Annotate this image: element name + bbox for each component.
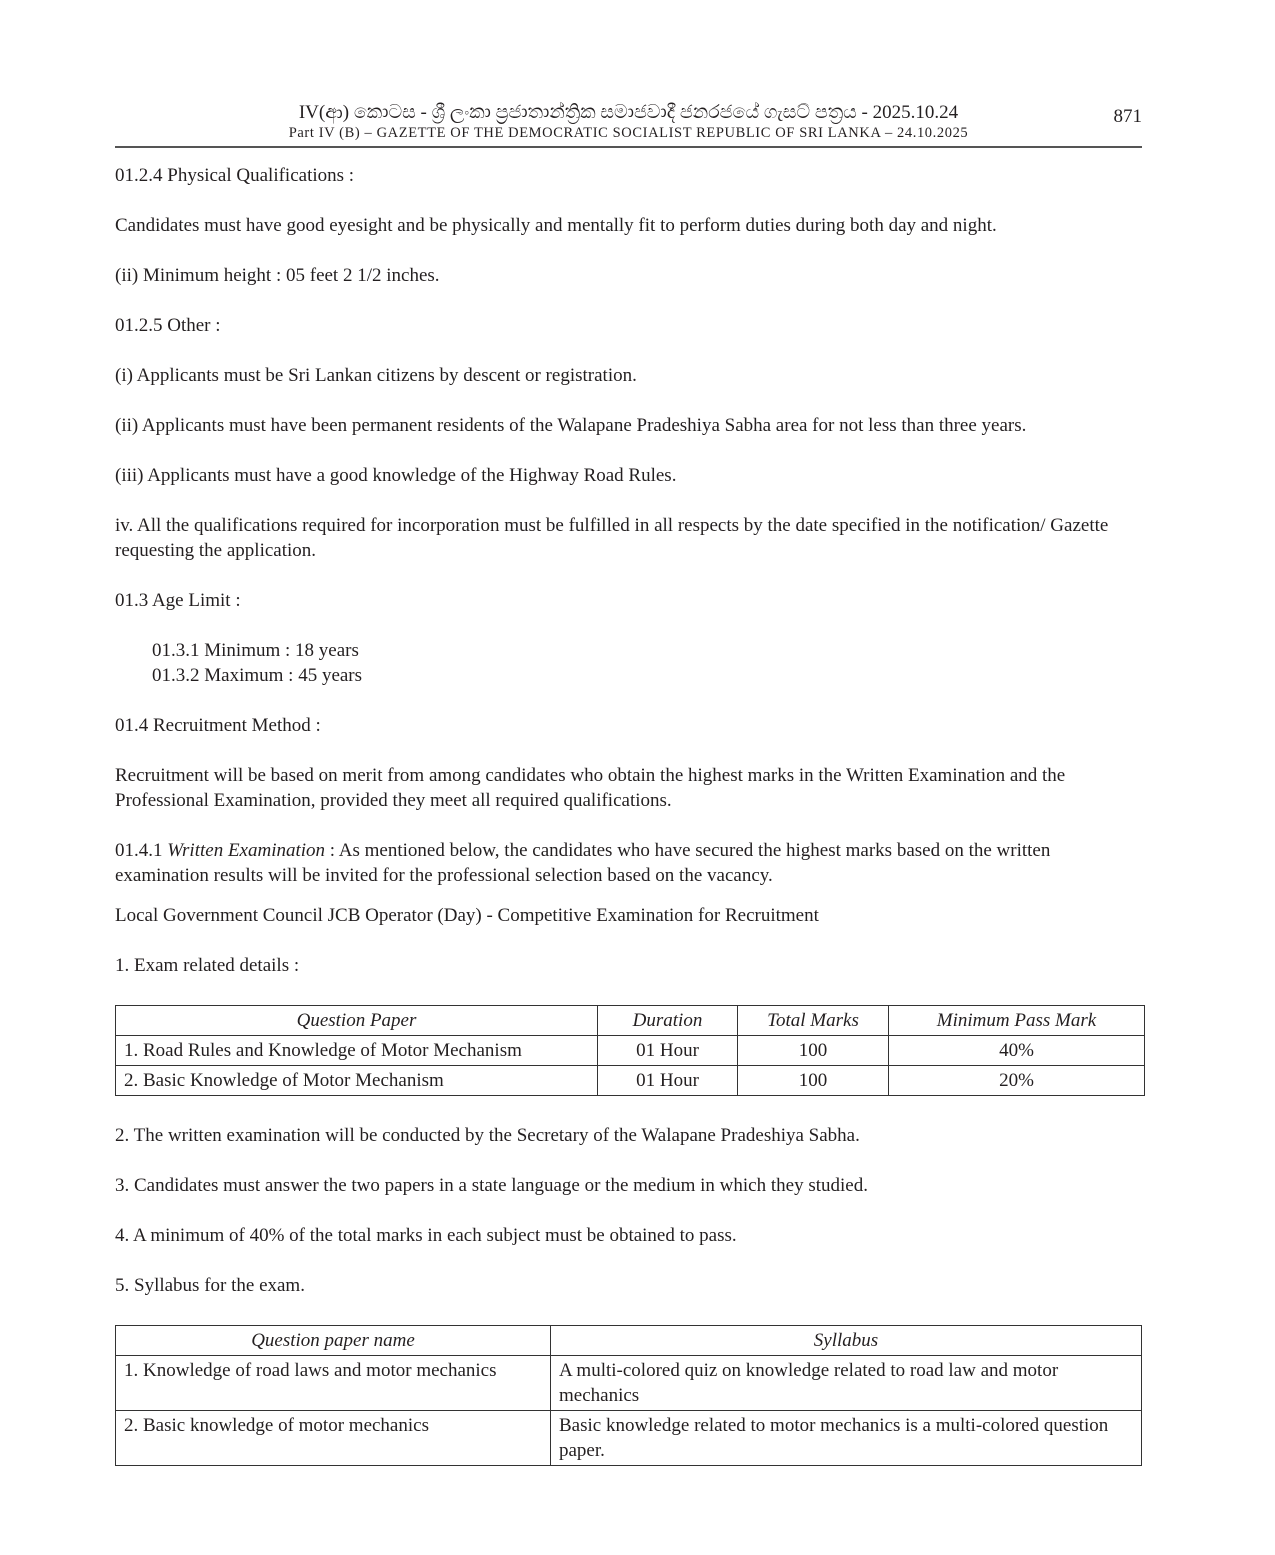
table-cell: 100 xyxy=(738,1036,889,1066)
paragraph-written-exam: 01.4.1 Written Examination : As mentione… xyxy=(115,838,1145,888)
paragraph: (ii) Applicants must have been permanent… xyxy=(115,413,1145,438)
header-cell: Syllabus xyxy=(551,1326,1142,1356)
exam-details-table: Question Paper Duration Total Marks Mini… xyxy=(115,1005,1145,1096)
paragraph: iv. All the qualifications required for … xyxy=(115,513,1145,563)
table-cell: 1. Road Rules and Knowledge of Motor Mec… xyxy=(116,1036,598,1066)
table-row: 2. Basic knowledge of motor mechanics Ba… xyxy=(116,1411,1142,1466)
list-item: 2. The written examination will be condu… xyxy=(115,1123,1145,1148)
exam-title: Local Government Council JCB Operator (D… xyxy=(115,903,1145,928)
paragraph: Candidates must have good eyesight and b… xyxy=(115,213,1145,238)
header-sinhala-title: IV(ආ) කොටස - ශ්‍රී ලංකා ප්‍රජාතාන්ත්‍රික… xyxy=(115,102,1142,124)
age-maximum: 01.3.2 Maximum : 45 years xyxy=(152,663,1182,688)
table-header-row: Question Paper Duration Total Marks Mini… xyxy=(116,1006,1145,1036)
table-cell: 1. Knowledge of road laws and motor mech… xyxy=(116,1356,551,1411)
clause-number: 01.4.1 xyxy=(115,840,167,861)
paragraph: (ii) Minimum height : 05 feet 2 1/2 inch… xyxy=(115,263,1145,288)
table-row: 1. Road Rules and Knowledge of Motor Mec… xyxy=(116,1036,1145,1066)
table-header-row: Question paper name Syllabus xyxy=(116,1326,1142,1356)
section-heading: 01.2.4 Physical Qualifications : xyxy=(115,163,1145,188)
list-item: 4. A minimum of 40% of the total marks i… xyxy=(115,1223,1145,1248)
paragraph: (i) Applicants must be Sri Lankan citize… xyxy=(115,363,1145,388)
table-cell: 100 xyxy=(738,1066,889,1096)
section-heading: 01.2.5 Other : xyxy=(115,313,1145,338)
list-item: 5. Syllabus for the exam. xyxy=(115,1273,1145,1298)
list-item: 1. Exam related details : xyxy=(115,953,1145,978)
table-cell: 40% xyxy=(889,1036,1145,1066)
list-item: 3. Candidates must answer the two papers… xyxy=(115,1173,1145,1198)
header-cell: Question paper name xyxy=(116,1326,551,1356)
table-cell: 20% xyxy=(889,1066,1145,1096)
table-cell: 2. Basic Knowledge of Motor Mechanism xyxy=(116,1066,598,1096)
table-row: 1. Knowledge of road laws and motor mech… xyxy=(116,1356,1142,1411)
paragraph: Recruitment will be based on merit from … xyxy=(115,763,1145,813)
table-row: 2. Basic Knowledge of Motor Mechanism 01… xyxy=(116,1066,1145,1096)
header-cell: Total Marks xyxy=(738,1006,889,1036)
gazette-header: IV(ආ) කොටස - ශ්‍රී ලංකා ප්‍රජාතාන්ත්‍රික… xyxy=(115,100,1142,148)
section-heading: 01.3 Age Limit : xyxy=(115,588,1145,613)
paragraph: (iii) Applicants must have a good knowle… xyxy=(115,463,1145,488)
clause-title: Written Examination xyxy=(167,840,325,861)
header-cell: Question Paper xyxy=(116,1006,598,1036)
table-cell: Basic knowledge related to motor mechani… xyxy=(551,1411,1142,1466)
table-cell: 2. Basic knowledge of motor mechanics xyxy=(116,1411,551,1466)
table-cell: A multi-colored quiz on knowledge relate… xyxy=(551,1356,1142,1411)
syllabus-table: Question paper name Syllabus 1. Knowledg… xyxy=(115,1325,1142,1466)
section-heading: 01.4 Recruitment Method : xyxy=(115,713,1145,738)
header-cell: Duration xyxy=(598,1006,738,1036)
page-number: 871 xyxy=(1114,106,1143,128)
age-minimum: 01.3.1 Minimum : 18 years xyxy=(152,638,1182,663)
header-cell: Minimum Pass Mark xyxy=(889,1006,1145,1036)
table-cell: 01 Hour xyxy=(598,1036,738,1066)
table-cell: 01 Hour xyxy=(598,1066,738,1096)
header-english-title: Part IV (B) – GAZETTE OF THE DEMOCRATIC … xyxy=(115,125,1142,142)
